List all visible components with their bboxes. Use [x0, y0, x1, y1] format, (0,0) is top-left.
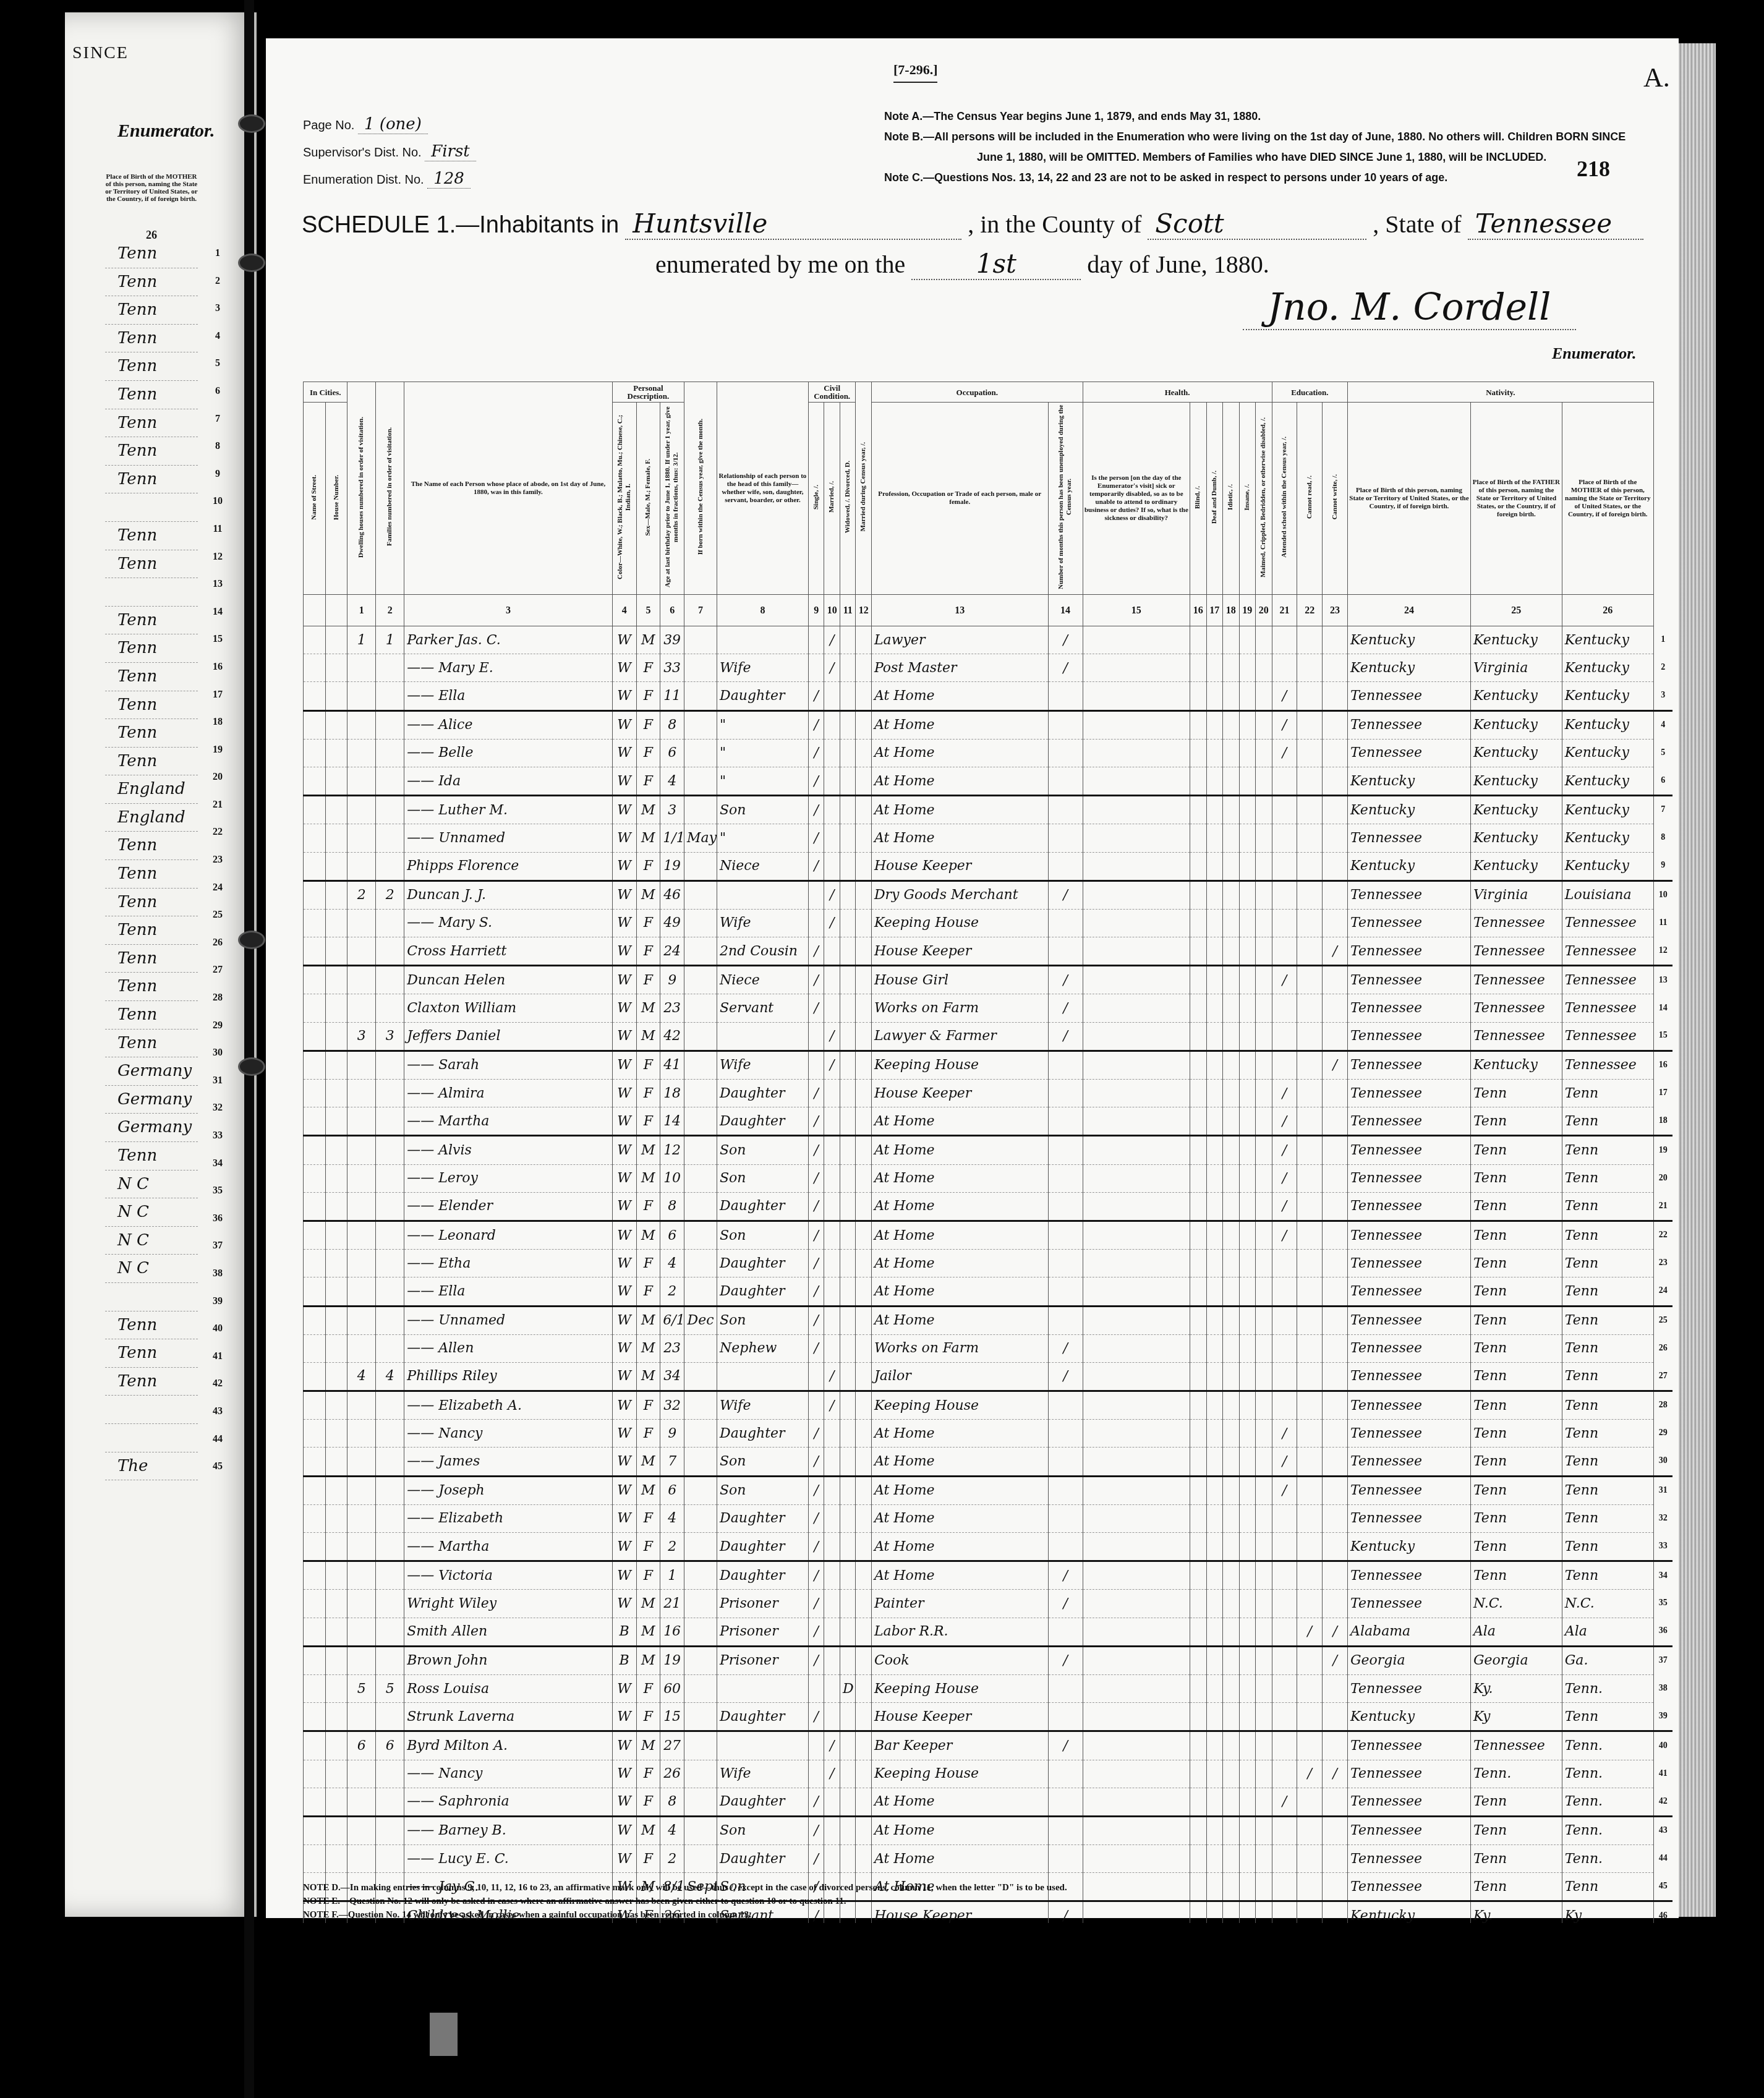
page-no-value: 1 (one)	[358, 115, 428, 134]
cell-widowed-divorced	[840, 937, 856, 966]
cell-idiotic	[1223, 1448, 1240, 1476]
cell-married-this-year	[856, 1533, 872, 1561]
cell-birthplace: Tennessee	[1348, 1845, 1471, 1873]
cell-color: W	[612, 1816, 636, 1844]
cell-blind	[1190, 1136, 1207, 1164]
cell-father-birthplace: Virginia	[1470, 881, 1562, 909]
cell-age: 15	[660, 1703, 684, 1731]
cell-blind	[1190, 1816, 1207, 1844]
cell-idiotic	[1223, 1221, 1240, 1249]
cell-dwelling-number	[347, 1192, 376, 1221]
cell-single: /	[808, 1646, 824, 1674]
header-col-26: Place of Birth of the MOTHER of this per…	[1562, 403, 1653, 595]
left-page-line-number: 38	[208, 1260, 227, 1288]
cell-house-number	[325, 1618, 347, 1646]
cell-sex: F	[636, 1703, 660, 1731]
left-page-value	[105, 1283, 198, 1311]
left-page-line-number: 1	[208, 240, 227, 268]
cell-insane	[1239, 1107, 1256, 1136]
table-row: —— VictoriaWF1Daughter/At Home/Tennessee…	[304, 1561, 1673, 1590]
cell-mother-birthplace: Kentucky	[1562, 710, 1653, 739]
cell-age: 26	[660, 1760, 684, 1788]
cell-attended-school	[1272, 1816, 1297, 1844]
cell-line-number: 27	[1653, 1362, 1672, 1391]
cell-birthplace: Tennessee	[1348, 1022, 1471, 1051]
cell-mother-birthplace: Tenn	[1562, 1107, 1653, 1136]
cell-married	[824, 1703, 840, 1731]
cell-attended-school	[1272, 767, 1297, 795]
cell-single: /	[808, 1250, 824, 1277]
left-page-line-number: 37	[208, 1232, 227, 1260]
cell-line-number: 41	[1653, 1760, 1672, 1788]
cell-father-birthplace: Tenn.	[1470, 1760, 1562, 1788]
cell-house-number	[325, 1703, 347, 1731]
cell-dwelling-number	[347, 1391, 376, 1420]
left-page-value: Tenn	[105, 1030, 198, 1058]
cell-mother-birthplace: Tennessee	[1562, 937, 1653, 966]
cell-relationship: Servant	[717, 994, 809, 1022]
cell-blind	[1190, 909, 1207, 937]
cell-sex: F	[636, 937, 660, 966]
cell-blind	[1190, 1476, 1207, 1504]
left-page-value: Tenn	[105, 352, 198, 381]
cell-months-unemployed	[1048, 1448, 1083, 1476]
cell-cannot-write	[1323, 1136, 1348, 1164]
cell-insane	[1239, 710, 1256, 739]
cell-mother-birthplace: Tenn	[1562, 1873, 1653, 1901]
cell-sickness	[1083, 796, 1190, 824]
cell-color: W	[612, 1476, 636, 1504]
cell-cannot-write	[1323, 1703, 1348, 1731]
cell-family-number	[376, 796, 404, 824]
column-number: 1	[347, 595, 376, 626]
cell-married-this-year	[856, 1504, 872, 1532]
cell-married	[824, 1845, 840, 1873]
cell-line-number: 28	[1653, 1391, 1672, 1420]
cell-blind	[1190, 824, 1207, 852]
cell-relationship: Niece	[717, 966, 809, 994]
left-page-value: Germany	[105, 1086, 198, 1114]
cell-married	[824, 1192, 840, 1221]
cell-father-birthplace: Ky	[1470, 1703, 1562, 1731]
header-col-13: Profession, Occupation or Trade of each …	[871, 403, 1048, 595]
cell-occupation: Labor R.R.	[871, 1618, 1048, 1646]
left-page-line-number: 11	[208, 516, 227, 544]
cell-insane	[1239, 626, 1256, 654]
cell-mother-birthplace: Tenn	[1562, 1504, 1653, 1532]
cell-mother-birthplace: Kentucky	[1562, 796, 1653, 824]
cell-sex: F	[636, 1391, 660, 1420]
cell-sex: F	[636, 852, 660, 881]
cell-color: W	[612, 824, 636, 852]
note-c: Note C.—Questions Nos. 13, 14, 22 and 23…	[884, 168, 1657, 188]
cell-married-this-year	[856, 1334, 872, 1362]
cell-father-birthplace: Tenn	[1470, 1136, 1562, 1164]
cell-mother-birthplace: Louisiana	[1562, 881, 1653, 909]
cell-father-birthplace: Tenn	[1470, 1561, 1562, 1590]
cell-cannot-write	[1323, 824, 1348, 852]
left-page-line-number: 45	[208, 1453, 227, 1481]
cell-married	[824, 1646, 840, 1674]
cell-single: /	[808, 937, 824, 966]
cell-birthplace: Tennessee	[1348, 1504, 1471, 1532]
cell-mother-birthplace: Kentucky	[1562, 654, 1653, 682]
cell-birth-month	[684, 881, 717, 909]
cell-color: W	[612, 1080, 636, 1107]
left-page-value: Germany	[105, 1057, 198, 1086]
cell-house-number	[325, 994, 347, 1022]
cell-single: /	[808, 767, 824, 795]
cell-cannot-write	[1323, 1590, 1348, 1618]
cell-disabled	[1256, 1760, 1272, 1788]
cell-family-number: 4	[376, 1362, 404, 1391]
cell-blind	[1190, 852, 1207, 881]
cell-line-number: 26	[1653, 1334, 1672, 1362]
cell-occupation: Lawyer	[871, 626, 1048, 654]
column-number: 23	[1323, 595, 1348, 626]
top-notes: Note A.—The Census Year begins June 1, 1…	[884, 106, 1657, 188]
cell-father-birthplace: Tenn	[1470, 1334, 1562, 1362]
note-f: NOTE F.—Question No. 14 will only be ask…	[303, 1908, 1067, 1922]
cell-married	[824, 1674, 840, 1702]
cell-line-number: 17	[1653, 1080, 1672, 1107]
cell-street	[304, 626, 326, 654]
cell-cannot-read	[1297, 1306, 1323, 1334]
cell-birth-month	[684, 1164, 717, 1192]
cell-idiotic	[1223, 796, 1240, 824]
cell-dwelling-number	[347, 1136, 376, 1164]
cell-widowed-divorced	[840, 1420, 856, 1448]
table-row: 33Jeffers DanielWM42/Lawyer & Farmer/Ten…	[304, 1022, 1673, 1051]
cell-married-this-year	[856, 654, 872, 682]
left-page-value: Tenn	[105, 381, 198, 409]
cell-occupation: Cook	[871, 1646, 1048, 1674]
cell-single	[808, 881, 824, 909]
cell-color: W	[612, 1136, 636, 1164]
cell-line-number: 13	[1653, 966, 1672, 994]
cell-sickness	[1083, 1845, 1190, 1873]
cell-idiotic	[1223, 1164, 1240, 1192]
cell-father-birthplace: Tenn	[1470, 1250, 1562, 1277]
cell-street	[304, 1618, 326, 1646]
cell-deaf-dumb	[1206, 682, 1223, 710]
cell-attended-school	[1272, 1391, 1297, 1420]
table-row: —— EthaWF4Daughter/At HomeTennesseeTennT…	[304, 1250, 1673, 1277]
cell-single: /	[808, 796, 824, 824]
cell-birth-month	[684, 1845, 717, 1873]
cell-cannot-write	[1323, 1533, 1348, 1561]
left-page-value	[105, 1424, 198, 1452]
cell-age: 2	[660, 1277, 684, 1306]
cell-months-unemployed	[1048, 796, 1083, 824]
cell-birth-month	[684, 710, 717, 739]
cell-age: 8	[660, 1788, 684, 1816]
cell-person-name: Smith Allen	[404, 1618, 613, 1646]
cell-married-this-year	[856, 1590, 872, 1618]
cell-street	[304, 1590, 326, 1618]
cell-insane	[1239, 1164, 1256, 1192]
cell-single	[808, 909, 824, 937]
left-page-value: Tenn	[105, 1001, 198, 1030]
cell-occupation: At Home	[871, 1192, 1048, 1221]
cell-widowed-divorced	[840, 1845, 856, 1873]
table-row: —— SaphroniaWF8Daughter/At Home/Tennesse…	[304, 1788, 1673, 1816]
cell-sex: M	[636, 881, 660, 909]
cell-color: W	[612, 852, 636, 881]
cell-sickness	[1083, 1788, 1190, 1816]
table-row: —— Mary E.WF33Wife/Post Master/KentuckyV…	[304, 654, 1673, 682]
cell-idiotic	[1223, 1816, 1240, 1844]
cell-age: 1/12	[660, 824, 684, 852]
binder-ring-icon	[238, 254, 265, 272]
cell-blind	[1190, 881, 1207, 909]
cell-disabled	[1256, 1022, 1272, 1051]
cell-widowed-divorced	[840, 1136, 856, 1164]
cell-sickness	[1083, 1731, 1190, 1760]
cell-age: 4	[660, 767, 684, 795]
cell-married	[824, 824, 840, 852]
cell-cannot-write	[1323, 1362, 1348, 1391]
group-in-cities: In Cities.	[304, 382, 347, 403]
cell-mother-birthplace: Tenn.	[1562, 1788, 1653, 1816]
cell-birthplace: Tennessee	[1348, 739, 1471, 767]
cell-months-unemployed	[1048, 1504, 1083, 1532]
cell-father-birthplace: Tenn	[1470, 1788, 1562, 1816]
cell-person-name: —— Alvis	[404, 1136, 613, 1164]
cell-relationship: Daughter	[717, 1250, 809, 1277]
cell-birth-month	[684, 909, 717, 937]
cell-attended-school	[1272, 994, 1297, 1022]
cell-line-number: 4	[1653, 710, 1672, 739]
left-page-value: Tenn	[105, 240, 198, 268]
cell-idiotic	[1223, 1561, 1240, 1590]
cell-insane	[1239, 1277, 1256, 1306]
cell-mother-birthplace: Tenn.	[1562, 1760, 1653, 1788]
cell-mother-birthplace: Tenn.	[1562, 1674, 1653, 1702]
cell-house-number	[325, 1080, 347, 1107]
cell-birthplace: Tennessee	[1348, 1362, 1471, 1391]
left-page-value: N C	[105, 1198, 198, 1227]
cell-deaf-dumb	[1206, 852, 1223, 881]
cell-street	[304, 994, 326, 1022]
cell-relationship: Wife	[717, 1391, 809, 1420]
cell-sickness	[1083, 710, 1190, 739]
cell-married-this-year	[856, 682, 872, 710]
cell-relationship	[717, 881, 809, 909]
cell-house-number	[325, 1504, 347, 1532]
cell-widowed-divorced	[840, 1051, 856, 1079]
left-page-line-number: 30	[208, 1039, 227, 1067]
left-page-line-number: 14	[208, 599, 227, 626]
cell-months-unemployed	[1048, 1476, 1083, 1504]
note-b-line2: June 1, 1880, will be OMITTED. Members o…	[884, 147, 1657, 168]
day-suffix: day of June, 1880.	[1087, 250, 1269, 278]
cell-blind	[1190, 1618, 1207, 1646]
cell-disabled	[1256, 1080, 1272, 1107]
header-col-20: Maimed, Crippled, Bedridden, or otherwis…	[1256, 403, 1272, 595]
cell-color: W	[612, 767, 636, 795]
table-row: —— UnnamedWM6/12DecSon/At HomeTennesseeT…	[304, 1306, 1673, 1334]
cell-cannot-read	[1297, 1164, 1323, 1192]
cell-mother-birthplace: Tennessee	[1562, 966, 1653, 994]
cell-family-number: 3	[376, 1022, 404, 1051]
cell-street	[304, 739, 326, 767]
cell-family-number	[376, 710, 404, 739]
left-page-line-number: 4	[208, 323, 227, 351]
cell-house-number	[325, 1277, 347, 1306]
cell-married	[824, 1334, 840, 1362]
cell-single: /	[808, 994, 824, 1022]
header-col-16: Blind, /.	[1190, 403, 1207, 595]
cell-cannot-read: /	[1297, 1760, 1323, 1788]
cell-family-number	[376, 1504, 404, 1532]
cell-months-unemployed	[1048, 937, 1083, 966]
cell-cannot-write	[1323, 1277, 1348, 1306]
cell-street	[304, 767, 326, 795]
cell-person-name: Parker Jas. C.	[404, 626, 613, 654]
cell-mother-birthplace: Ga.	[1562, 1646, 1653, 1674]
cell-single: /	[808, 1816, 824, 1844]
cell-occupation: Dry Goods Merchant	[871, 881, 1048, 909]
cell-relationship: Daughter	[717, 1107, 809, 1136]
header-col-7: If born within the Census year, give the…	[684, 382, 717, 595]
header-col-12: Married during Census year, /.	[856, 382, 872, 595]
cell-blind	[1190, 1080, 1207, 1107]
header-col-23: Cannot write, /.	[1323, 403, 1348, 595]
cell-house-number	[325, 710, 347, 739]
left-page-line-number: 27	[208, 957, 227, 984]
cell-married-this-year	[856, 1760, 872, 1788]
cell-blind	[1190, 1221, 1207, 1249]
cell-blind	[1190, 1788, 1207, 1816]
cell-idiotic	[1223, 1362, 1240, 1391]
cell-color: W	[612, 1107, 636, 1136]
left-page-value: Tenn	[105, 522, 198, 550]
cell-father-birthplace: Tenn	[1470, 1504, 1562, 1532]
cell-married: /	[824, 654, 840, 682]
cell-house-number	[325, 1731, 347, 1760]
cell-idiotic	[1223, 767, 1240, 795]
cell-family-number	[376, 1420, 404, 1448]
table-row: Smith AllenBM16Prisoner/Labor R.R.//Alab…	[304, 1618, 1673, 1646]
cell-deaf-dumb	[1206, 1873, 1223, 1901]
cell-married	[824, 1107, 840, 1136]
cell-house-number	[325, 1107, 347, 1136]
cell-street	[304, 796, 326, 824]
cell-disabled	[1256, 626, 1272, 654]
cell-sex: F	[636, 966, 660, 994]
state-value: Tennessee	[1468, 208, 1643, 240]
cell-idiotic	[1223, 852, 1240, 881]
cell-birthplace: Tennessee	[1348, 909, 1471, 937]
cell-family-number: 1	[376, 626, 404, 654]
cell-street	[304, 1533, 326, 1561]
cell-cannot-write	[1323, 1022, 1348, 1051]
cell-relationship: Daughter	[717, 1080, 809, 1107]
cell-relationship: Prisoner	[717, 1618, 809, 1646]
cell-deaf-dumb	[1206, 1504, 1223, 1532]
table-row: —— Luther M.WM3Son/At HomeKentuckyKentuc…	[304, 796, 1673, 824]
cell-disabled	[1256, 1618, 1272, 1646]
cell-idiotic	[1223, 1674, 1240, 1702]
cell-age: 46	[660, 881, 684, 909]
column-number: 26	[1562, 595, 1653, 626]
cell-single	[808, 626, 824, 654]
cell-single	[808, 1731, 824, 1760]
cell-age: 10	[660, 1164, 684, 1192]
cell-deaf-dumb	[1206, 1277, 1223, 1306]
cell-dwelling-number	[347, 1590, 376, 1618]
cell-married: /	[824, 626, 840, 654]
cell-deaf-dumb	[1206, 1448, 1223, 1476]
cell-age: 9	[660, 1420, 684, 1448]
cell-idiotic	[1223, 966, 1240, 994]
cell-age: 2	[660, 1845, 684, 1873]
cell-birthplace: Tennessee	[1348, 994, 1471, 1022]
cell-father-birthplace: Tenn	[1470, 1476, 1562, 1504]
cell-relationship: Nephew	[717, 1334, 809, 1362]
cell-house-number	[325, 796, 347, 824]
cell-dwelling-number	[347, 1420, 376, 1448]
cell-deaf-dumb	[1206, 966, 1223, 994]
table-row: —— Elizabeth A.WF32Wife/Keeping HouseTen…	[304, 1391, 1673, 1420]
cell-birthplace: Tennessee	[1348, 1277, 1471, 1306]
cell-occupation: At Home	[871, 1476, 1048, 1504]
cell-birthplace: Tennessee	[1348, 1250, 1471, 1277]
cell-single: /	[808, 1277, 824, 1306]
cell-birth-month	[684, 966, 717, 994]
cell-sex: M	[636, 1816, 660, 1844]
cell-blind	[1190, 1504, 1207, 1532]
cell-married-this-year	[856, 966, 872, 994]
left-page-value: Tenn	[105, 634, 198, 663]
cell-person-name: —— Martha	[404, 1107, 613, 1136]
cell-blind	[1190, 1448, 1207, 1476]
cell-father-birthplace: Tenn	[1470, 1448, 1562, 1476]
cell-person-name: —— Leonard	[404, 1221, 613, 1249]
cell-insane	[1239, 1646, 1256, 1674]
cell-line-number: 15	[1653, 1022, 1672, 1051]
cell-house-number	[325, 1362, 347, 1391]
cell-cannot-write	[1323, 909, 1348, 937]
cell-street	[304, 1022, 326, 1051]
cell-insane	[1239, 654, 1256, 682]
cell-house-number	[325, 1306, 347, 1334]
cell-person-name: —— Nancy	[404, 1760, 613, 1788]
cell-attended-school	[1272, 1618, 1297, 1646]
enumeration-date-line: enumerated by me on the 1st day of June,…	[655, 249, 1269, 280]
cell-line-number: 39	[1653, 1703, 1672, 1731]
left-page-line-number: 33	[208, 1122, 227, 1150]
cell-father-birthplace: Tenn	[1470, 1164, 1562, 1192]
cell-insane	[1239, 1873, 1256, 1901]
cell-deaf-dumb	[1206, 1816, 1223, 1844]
left-page-value: Tenn	[105, 466, 198, 494]
cell-relationship: Wife	[717, 1051, 809, 1079]
cell-relationship	[717, 1731, 809, 1760]
cell-deaf-dumb	[1206, 1731, 1223, 1760]
cell-sickness	[1083, 1448, 1190, 1476]
cell-attended-school: /	[1272, 739, 1297, 767]
cell-sex: F	[636, 1561, 660, 1590]
cell-disabled	[1256, 1561, 1272, 1590]
cell-line-number: 5	[1653, 739, 1672, 767]
cell-line-number: 20	[1653, 1164, 1672, 1192]
cell-occupation: Works on Farm	[871, 1334, 1048, 1362]
cell-cannot-read	[1297, 682, 1323, 710]
left-page-line-number: 6	[208, 378, 227, 406]
cell-married	[824, 1420, 840, 1448]
